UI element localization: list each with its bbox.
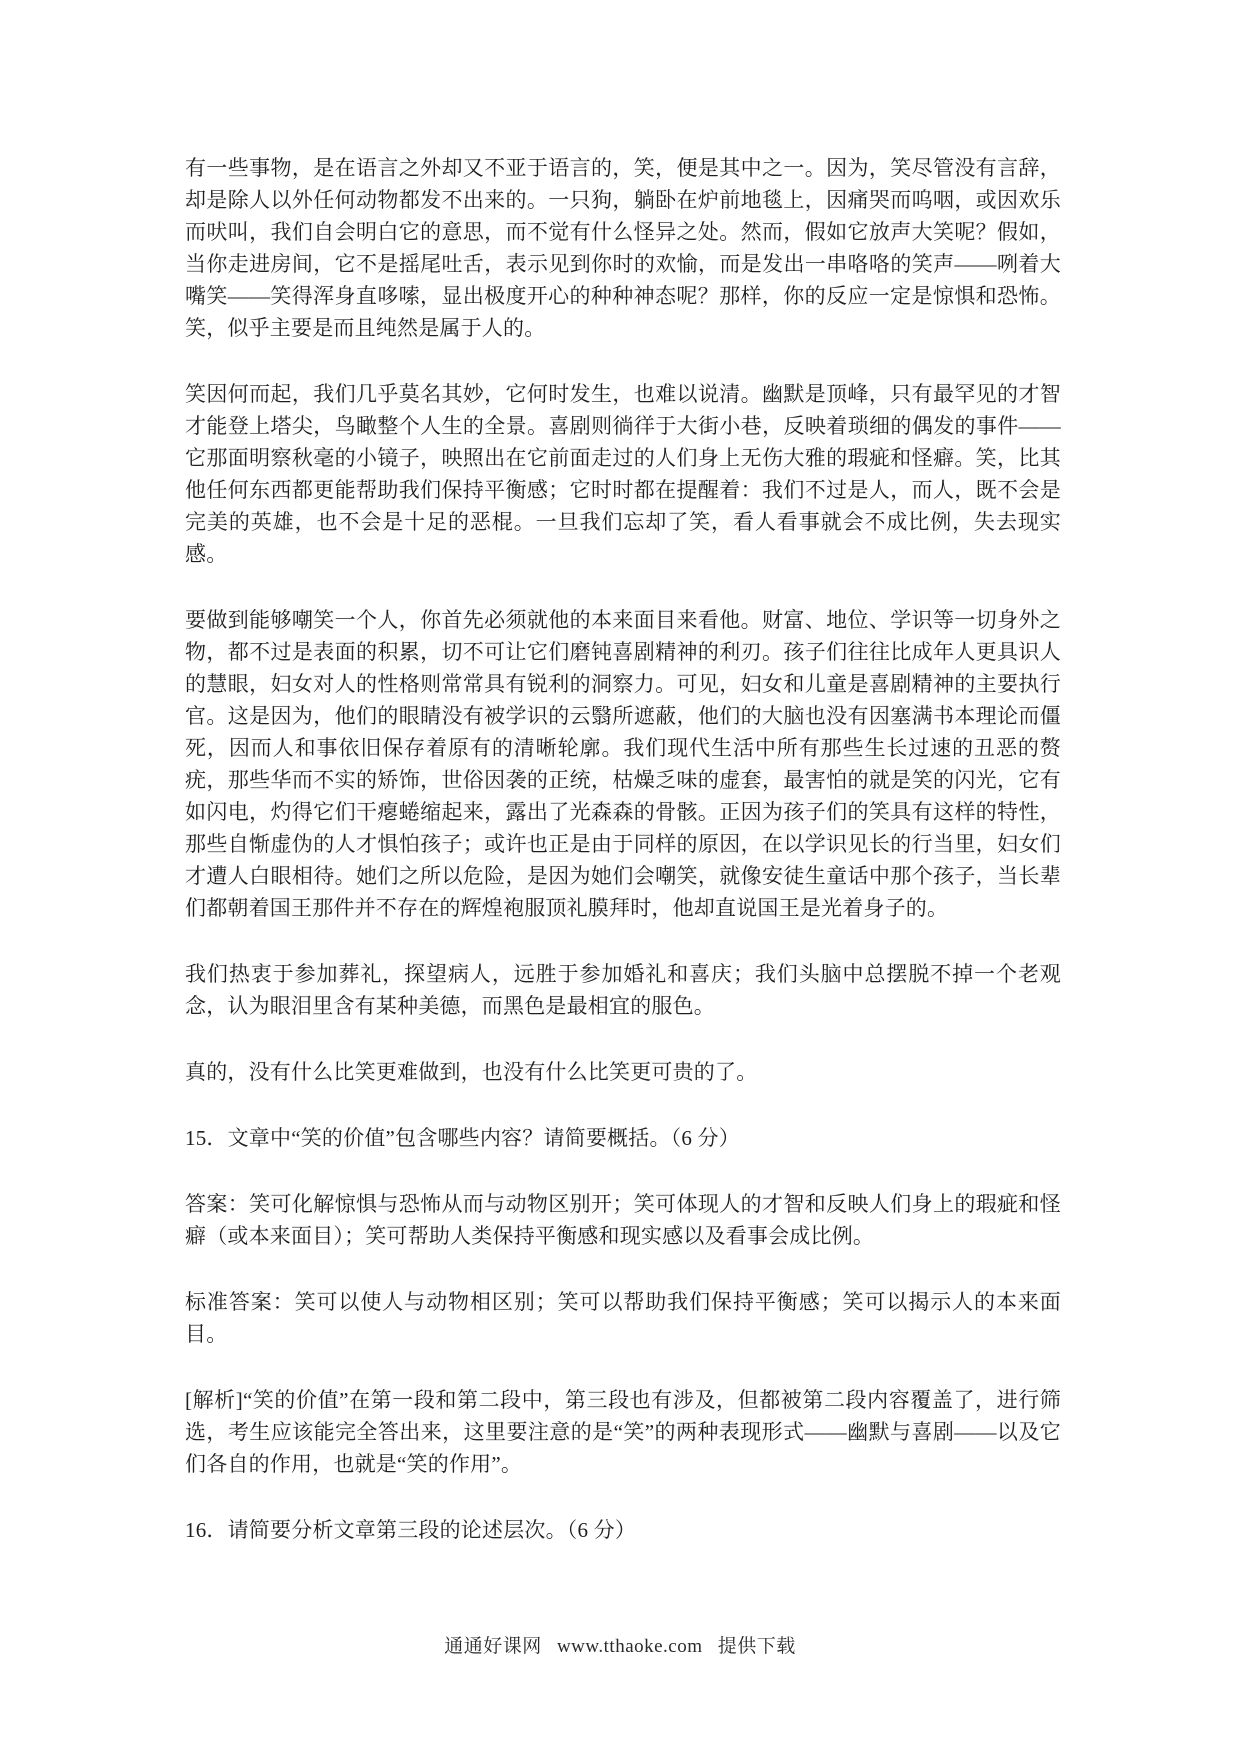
document-page: 有一些事物，是在语言之外却又不亚于语言的，笑，便是其中之一。因为，笑尽管没有言辞… — [0, 0, 1240, 1754]
article-paragraph-1: 有一些事物，是在语言之外却又不亚于语言的，笑，便是其中之一。因为，笑尽管没有言辞… — [185, 152, 1061, 344]
article-paragraph-3: 要做到能够嘲笑一个人，你首先必须就他的本来面目来看他。财富、地位、学识等一切身外… — [185, 604, 1061, 924]
article-body: 有一些事物，是在语言之外却又不亚于语言的，笑，便是其中之一。因为，笑尽管没有言辞… — [185, 152, 1061, 1546]
question-16: 16．请简要分析文章第三段的论述层次。（6 分） — [185, 1514, 1061, 1546]
page-footer: 通通好课网 www.tthaoke.com 提供下载 — [0, 1634, 1240, 1660]
standard-answer-text: 标准答案：笑可以使人与动物相区别；笑可以帮助我们保持平衡感；笑可以揭示人的本来面… — [185, 1286, 1061, 1350]
footer-download-label: 提供下载 — [718, 1636, 796, 1657]
analysis-text: [解析]“笑的价值”在第一段和第二段中，第三段也有涉及，但都被第二段内容覆盖了，… — [185, 1384, 1061, 1480]
article-paragraph-5: 真的，没有什么比笑更难做到，也没有什么比笑更可贵的了。 — [185, 1056, 1061, 1088]
article-paragraph-2: 笑因何而起，我们几乎莫名其妙，它何时发生，也难以说清。幽默是顶峰，只有最罕见的才… — [185, 378, 1061, 570]
footer-site-name: 通通好课网 — [444, 1636, 542, 1657]
answer-text: 答案：笑可化解惊惧与恐怖从而与动物区别开；笑可体现人的才智和反映人们身上的瑕疵和… — [185, 1188, 1061, 1252]
question-15: 15．文章中“笑的价值”包含哪些内容？请简要概括。（6 分） — [185, 1122, 1061, 1154]
footer-url: www.tthaoke.com — [557, 1636, 703, 1657]
article-paragraph-4: 我们热衷于参加葬礼，探望病人，远胜于参加婚礼和喜庆；我们头脑中总摆脱不掉一个老观… — [185, 958, 1061, 1022]
